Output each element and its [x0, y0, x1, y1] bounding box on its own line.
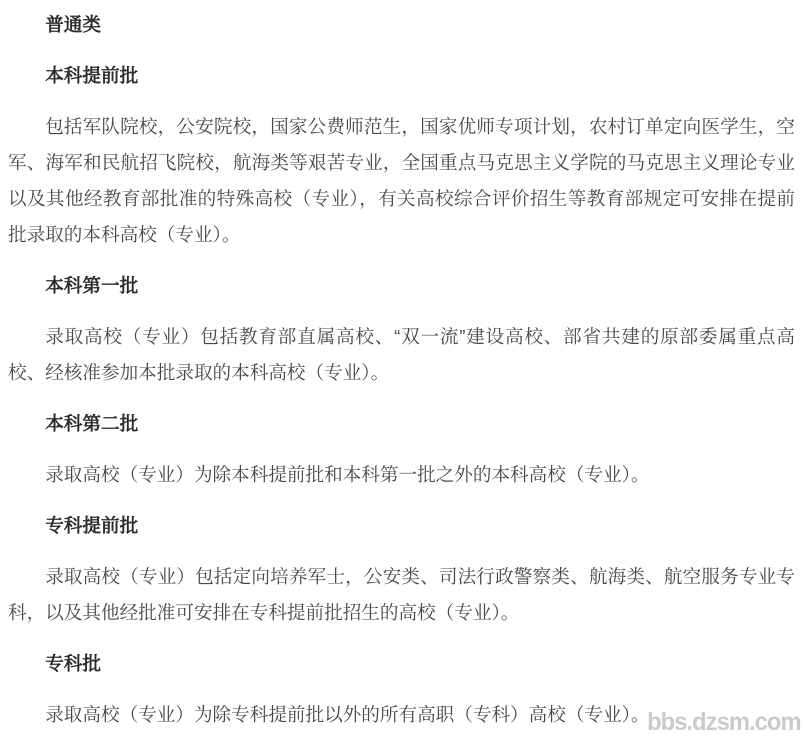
- admission-batches-article: 普通类 本科提前批 包括军队院校，公安院校，国家公费师范生，国家优师专项计划，农…: [0, 0, 803, 733]
- heading-undergraduate-second-batch: 本科第二批: [8, 406, 795, 442]
- heading-undergraduate-first-batch: 本科第一批: [8, 268, 795, 304]
- heading-undergraduate-early-batch: 本科提前批: [8, 58, 795, 94]
- paragraph-junior-college-early-batch: 录取高校（专业）包括定向培养军士，公安类、司法行政警察类、航海类、航空服务专业专…: [8, 559, 795, 631]
- heading-general-category: 普通类: [8, 7, 795, 43]
- paragraph-undergraduate-first-batch: 录取高校（专业）包括教育部直属高校、“双一流”建设高校、部省共建的原部委属重点高…: [8, 319, 795, 391]
- paragraph-undergraduate-early-batch: 包括军队院校，公安院校，国家公费师范生，国家优师专项计划，农村订单定向医学生，空…: [8, 109, 795, 253]
- heading-junior-college-batch: 专科批: [8, 646, 795, 682]
- site-watermark: bbs.dzsm.com: [647, 708, 801, 737]
- paragraph-undergraduate-second-batch: 录取高校（专业）为除本科提前批和本科第一批之外的本科高校（专业）。: [8, 457, 795, 493]
- heading-junior-college-early-batch: 专科提前批: [8, 508, 795, 544]
